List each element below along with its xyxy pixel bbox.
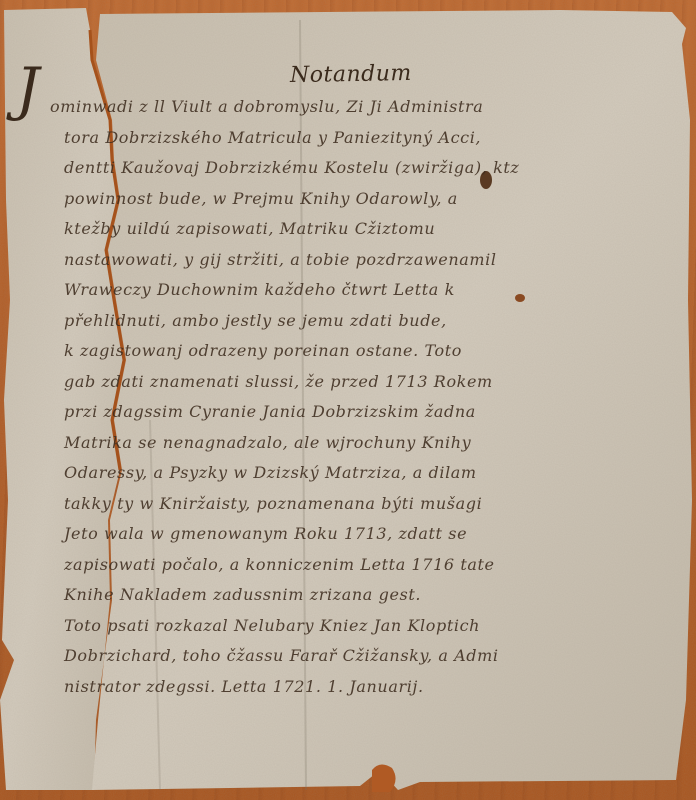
text-line: nistrator zdegssi. Letta 1721. 1. Januar… [20, 672, 680, 703]
text-line: przi zdagssim Cyranie Jania Dobrzizskim … [20, 397, 680, 428]
text-line: přehlidnuti, ambo jestly se jemu zdati b… [20, 306, 680, 337]
text-line: Jeto wala w gmenowanym Roku 1713, zdatt … [20, 519, 680, 550]
text-line: Toto psati rozkazal Nelubary Kniez Jan K… [20, 611, 680, 642]
text-line: ominwadi z ll Viult a dobromyslu, Zi Ji … [20, 92, 680, 123]
text-line: nastawowati, y gij stržiti, a tobie pozd… [20, 245, 680, 276]
manuscript-paper: J Notandum ominwadi z ll Viult a dobromy… [0, 0, 696, 800]
text-line: zapisowati počalo, a konniczenim Letta 1… [20, 550, 680, 581]
handwritten-text: ominwadi z ll Viult a dobromyslu, Zi Ji … [20, 92, 680, 702]
text-line: k zagistowanj odrazeny poreinan ostane. … [20, 336, 680, 367]
document-title: Notandum [290, 61, 412, 88]
text-line: ktežby uildú zapisowati, Matriku Cžiztom… [20, 214, 680, 245]
text-line: Wraweczy Duchownim každeho čtwrt Letta k [20, 275, 680, 306]
photo-scene: J Notandum ominwadi z ll Viult a dobromy… [0, 0, 696, 800]
text-line: dentti Kaužovaj Dobrzizkému Kostelu (zwi… [20, 153, 680, 184]
text-line: takky ty w Kniržaisty, poznamenana býti … [20, 489, 680, 520]
text-line: Dobrzichard, toho čžassu Farař Cžižansky… [20, 641, 680, 672]
text-line: Matrika se nenagnadzalo, ale wjrochuny K… [20, 428, 680, 459]
text-line: gab zdati znamenati slussi, že przed 171… [20, 367, 680, 398]
text-line: Odaressy, a Psyzky w Dzizský Matrziza, a… [20, 458, 680, 489]
text-line: Knihe Nakladem zadussnim zrizana gest. [20, 580, 680, 611]
text-line: tora Dobrzizského Matricula y Paniezityn… [20, 123, 680, 154]
text-line: powinnost bude, w Prejmu Knihy Odarowly,… [20, 184, 680, 215]
